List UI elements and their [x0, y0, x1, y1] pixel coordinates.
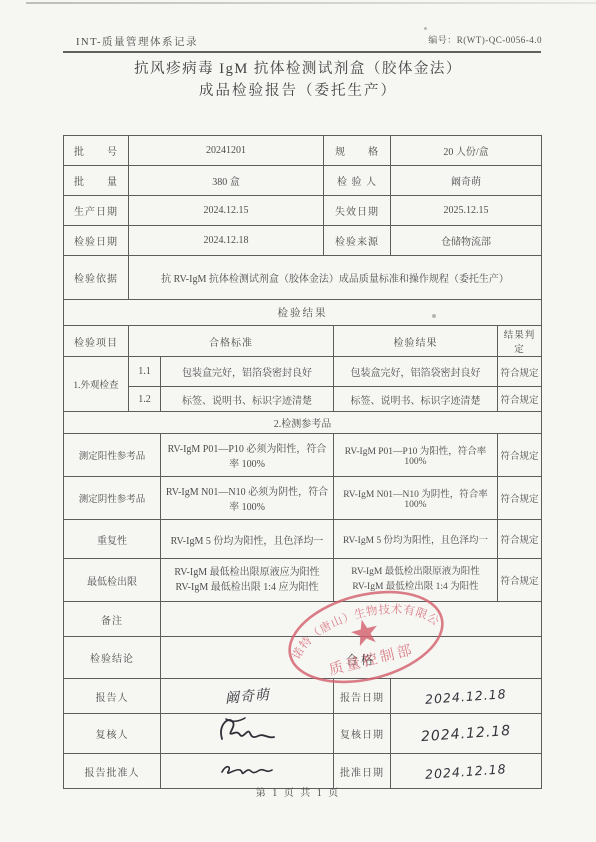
- lod-result-line1: RV-IgM 最低检出限原液为阳性: [336, 565, 495, 580]
- inspector-label: 检 验 人: [324, 166, 391, 196]
- appearance-item: 1.外观检查: [64, 357, 129, 412]
- basis-label: 检验依据: [64, 256, 129, 300]
- batch-number-value: 20241201: [129, 136, 324, 166]
- report-title-line2: 成品检验报告（委托生产）: [0, 79, 596, 100]
- col-header-judgment: 结果判定: [498, 326, 542, 357]
- sample-source-label: 检验来源: [324, 226, 391, 256]
- reviewer-label: 复核人: [64, 714, 161, 754]
- positive-ref-item: 测定阳性参考品: [64, 434, 161, 477]
- lod-standard: RV-IgM 最低检出限原液应为阳性 RV-IgM 最低检出限 1:4 应为阳性: [161, 559, 334, 602]
- inspector-value: 阚奇萌: [391, 166, 542, 196]
- table-row: 复核人 复核日期 2024.12.18: [64, 714, 542, 754]
- positive-ref-standard: RV-IgM P01—P10 必须为阳性，符合率 100%: [161, 434, 334, 477]
- remark-value: [161, 602, 542, 637]
- expiry-date-value: 2025.12.15: [391, 196, 542, 226]
- appearance-row-no: 1.2: [129, 387, 161, 412]
- inspection-date-value: 2024.12.18: [129, 226, 324, 256]
- reviewer-signature: [161, 714, 334, 754]
- page-number-footer: 第 1 页 共 1 页: [0, 784, 596, 799]
- negative-ref-item: 测定阴性参考品: [64, 477, 161, 520]
- doc-type-label: INT-质量管理体系记录: [76, 34, 198, 49]
- table-row: 生产日期 2024.12.15 失效日期 2025.12.15: [64, 196, 542, 226]
- appearance-result: 包装盒完好，铝箔袋密封良好: [334, 357, 498, 387]
- table-header-row: 检验项目 合格标准 检验结果 结果判定: [64, 326, 542, 357]
- spec-value: 20 人份/盒: [391, 136, 542, 166]
- scanned-report-page: INT-质量管理体系记录 编号：R(WT)-QC-0056-4.0 抗风疹病毒 …: [0, 0, 596, 842]
- judgment-cell: 符合规定: [498, 434, 542, 477]
- appearance-row-no: 1.1: [129, 357, 161, 387]
- expiry-date-label: 失效日期: [324, 196, 391, 226]
- production-date-label: 生产日期: [64, 196, 129, 226]
- repeatability-result: RV-IgM 5 份均为阳性，且色泽均一: [334, 520, 498, 559]
- judgment-cell: 符合规定: [498, 387, 542, 412]
- table-row: 1.2 标签、说明书、标识字迹清楚 标签、说明书、标识字迹清楚 符合规定: [64, 387, 542, 412]
- review-date-label: 复核日期: [334, 714, 391, 754]
- doc-number: 编号：R(WT)-QC-0056-4.0: [428, 33, 542, 46]
- table-row: 2.检测参考品: [64, 412, 542, 434]
- judgment-cell: 符合规定: [498, 477, 542, 520]
- table-row: 测定阳性参考品 RV-IgM P01—P10 必须为阳性，符合率 100% RV…: [64, 434, 542, 477]
- lod-item: 最低检出限: [64, 559, 161, 602]
- judgment-cell: 符合规定: [498, 559, 542, 602]
- spec-label: 规 格: [324, 136, 391, 166]
- table-row: 最低检出限 RV-IgM 最低检出限原液应为阳性 RV-IgM 最低检出限 1:…: [64, 559, 542, 602]
- batch-qty-value: 380 盒: [129, 166, 324, 196]
- reporter-label: 报告人: [64, 679, 161, 714]
- table-row: 报告人 阚奇萌 报告日期 2024.12.18: [64, 679, 542, 714]
- repeatability-item: 重复性: [64, 520, 161, 559]
- table-row: 检验结论 合格: [64, 637, 542, 679]
- repeatability-standard: RV-IgM 5 份均为阳性，且色泽均一: [161, 520, 334, 559]
- judgment-cell: 符合规定: [498, 520, 542, 559]
- table-row: 备注: [64, 602, 542, 637]
- table-row: 检验依据 抗 RV-IgM 抗体检测试剂盒（胶体金法）成品质量标准和操作规程（委…: [64, 256, 542, 300]
- col-header-item: 检验项目: [64, 326, 129, 357]
- report-date-value: 2024.12.18: [391, 679, 542, 714]
- inspection-report-table: 批 号 20241201 规 格 20 人份/盒 批 量 380 盒 检 验 人…: [63, 135, 542, 789]
- reporter-signature: 阚奇萌: [161, 679, 334, 714]
- batch-number-label: 批 号: [64, 136, 129, 166]
- appearance-result: 标签、说明书、标识字迹清楚: [334, 387, 498, 412]
- negative-ref-standard: RV-IgM N01—N10 必须为阴性，符合率 100%: [161, 477, 334, 520]
- production-date-value: 2024.12.15: [129, 196, 324, 226]
- header-rule: [63, 51, 541, 53]
- appearance-standard: 标签、说明书、标识字迹清楚: [161, 387, 334, 412]
- appearance-standard: 包装盒完好，铝箔袋密封良好: [161, 357, 334, 387]
- report-date-label: 报告日期: [334, 679, 391, 714]
- scan-edge-artifact: [26, 2, 596, 4]
- table-row: 测定阴性参考品 RV-IgM N01—N10 必须为阴性，符合率 100% RV…: [64, 477, 542, 520]
- scan-speck: [424, 27, 427, 30]
- reference-section-title: 2.检测参考品: [64, 412, 542, 434]
- conclusion-value: 合格: [346, 651, 376, 668]
- table-row: 批 号 20241201 规 格 20 人份/盒: [64, 136, 542, 166]
- basis-value: 抗 RV-IgM 抗体检测试剂盒（胶体金法）成品质量标准和操作规程（委托生产）: [129, 256, 542, 300]
- judgment-cell: 符合规定: [498, 357, 542, 387]
- lod-result: RV-IgM 最低检出限原液为阳性 RV-IgM 最低检出限 1:4 为阳性: [334, 559, 498, 602]
- batch-qty-label: 批 量: [64, 166, 129, 196]
- lod-result-line2: RV-IgM 最低检出限 1:4 为阳性: [336, 580, 495, 595]
- review-date-value: 2024.12.18: [391, 714, 542, 754]
- col-header-result: 检验结果: [334, 326, 498, 357]
- table-row: 1.外观检查 1.1 包装盒完好，铝箔袋密封良好 包装盒完好，铝箔袋密封良好 符…: [64, 357, 542, 387]
- results-section-title: 检验结果: [64, 300, 542, 326]
- inspection-date-label: 检验日期: [64, 226, 129, 256]
- col-header-standard: 合格标准: [129, 326, 334, 357]
- lod-standard-line1: RV-IgM 最低检出限原液应为阳性: [163, 565, 331, 581]
- approver-signature-scribble: [216, 758, 278, 782]
- table-row: 检验结果: [64, 300, 542, 326]
- lod-standard-line2: RV-IgM 最低检出限 1:4 应为阳性: [163, 580, 331, 596]
- report-title-line1: 抗风疹病毒 IgM 抗体检测试剂盒（胶体金法）: [0, 57, 596, 78]
- table-row: 检验日期 2024.12.18 检验来源 仓储物流部: [64, 226, 542, 256]
- conclusion-label: 检验结论: [64, 637, 161, 679]
- table-row: 重复性 RV-IgM 5 份均为阳性，且色泽均一 RV-IgM 5 份均为阳性，…: [64, 520, 542, 559]
- sample-source-value: 仓储物流部: [391, 226, 542, 256]
- reviewer-signature-scribble: [212, 715, 282, 749]
- negative-ref-result: RV-IgM N01—N10 为阴性，符合率 100%: [334, 477, 498, 520]
- table-row: 批 量 380 盒 检 验 人 阚奇萌: [64, 166, 542, 196]
- remark-label: 备注: [64, 602, 161, 637]
- conclusion-cell: 合格: [161, 637, 542, 679]
- positive-ref-result: RV-IgM P01—P10 为阳性，符合率 100%: [334, 434, 498, 477]
